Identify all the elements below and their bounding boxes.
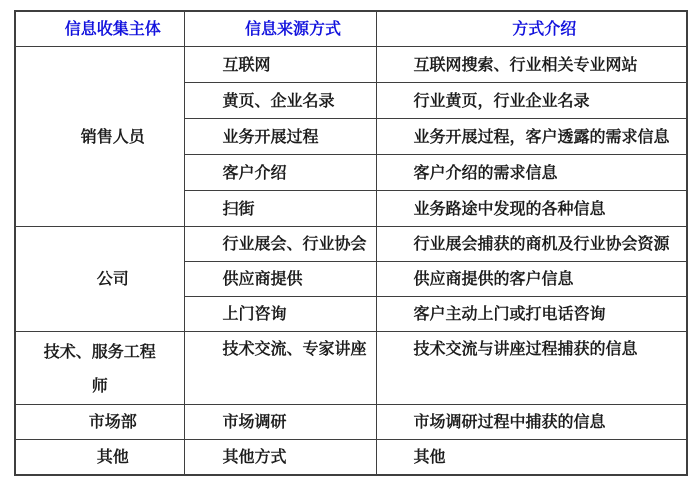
description-cell: 技术交流与讲座过程捕获的信息 bbox=[376, 332, 687, 405]
page: 信息收集主体 信息来源方式 方式介绍 销售人员 互联网 互联网搜索、行业相关专业… bbox=[0, 0, 700, 499]
source-cell: 行业展会、行业协会 bbox=[184, 227, 376, 262]
source-cell: 客户介绍 bbox=[184, 155, 376, 191]
table-row: 销售人员 互联网 互联网搜索、行业相关专业网站 bbox=[15, 47, 687, 83]
table-row: 其他 其他方式 其他 bbox=[15, 440, 687, 475]
header-row: 信息收集主体 信息来源方式 方式介绍 bbox=[15, 11, 687, 47]
source-cell: 其他方式 bbox=[184, 440, 376, 475]
subject-cell-engineer: 技术、服务工程师 bbox=[15, 332, 184, 405]
description-cell: 行业展会捕获的商机及行业协会资源 bbox=[376, 227, 687, 262]
source-cell: 市场调研 bbox=[184, 405, 376, 440]
subject-cell-other: 其他 bbox=[15, 440, 184, 475]
subject-cell-company: 公司 bbox=[15, 227, 184, 332]
subject-cell-sales: 销售人员 bbox=[15, 47, 184, 227]
source-cell: 互联网 bbox=[184, 47, 376, 83]
table-row: 公司 行业展会、行业协会 行业展会捕获的商机及行业协会资源 bbox=[15, 227, 687, 262]
description-cell: 客户主动上门或打电话咨询 bbox=[376, 297, 687, 332]
description-cell: 供应商提供的客户信息 bbox=[376, 262, 687, 297]
description-cell: 市场调研过程中捕获的信息 bbox=[376, 405, 687, 440]
header-cell-subject: 信息收集主体 bbox=[15, 11, 184, 47]
source-cell: 上门咨询 bbox=[184, 297, 376, 332]
source-cell: 黄页、企业名录 bbox=[184, 83, 376, 119]
subject-cell-marketing: 市场部 bbox=[15, 405, 184, 440]
header-cell-source: 信息来源方式 bbox=[184, 11, 376, 47]
description-cell: 互联网搜索、行业相关专业网站 bbox=[376, 47, 687, 83]
source-cell: 扫街 bbox=[184, 191, 376, 227]
source-cell: 业务开展过程 bbox=[184, 119, 376, 155]
description-cell: 客户介绍的需求信息 bbox=[376, 155, 687, 191]
table-row: 市场部 市场调研 市场调研过程中捕获的信息 bbox=[15, 405, 687, 440]
description-cell: 其他 bbox=[376, 440, 687, 475]
table-row: 技术、服务工程师 技术交流、专家讲座 技术交流与讲座过程捕获的信息 bbox=[15, 332, 687, 405]
info-collection-table: 信息收集主体 信息来源方式 方式介绍 销售人员 互联网 互联网搜索、行业相关专业… bbox=[14, 10, 688, 476]
description-cell: 行业黄页，行业企业名录 bbox=[376, 83, 687, 119]
description-cell: 业务开展过程，客户透露的需求信息 bbox=[376, 119, 687, 155]
source-cell: 供应商提供 bbox=[184, 262, 376, 297]
header-cell-description: 方式介绍 bbox=[376, 11, 687, 47]
source-cell: 技术交流、专家讲座 bbox=[184, 332, 376, 405]
description-cell: 业务路途中发现的各种信息 bbox=[376, 191, 687, 227]
